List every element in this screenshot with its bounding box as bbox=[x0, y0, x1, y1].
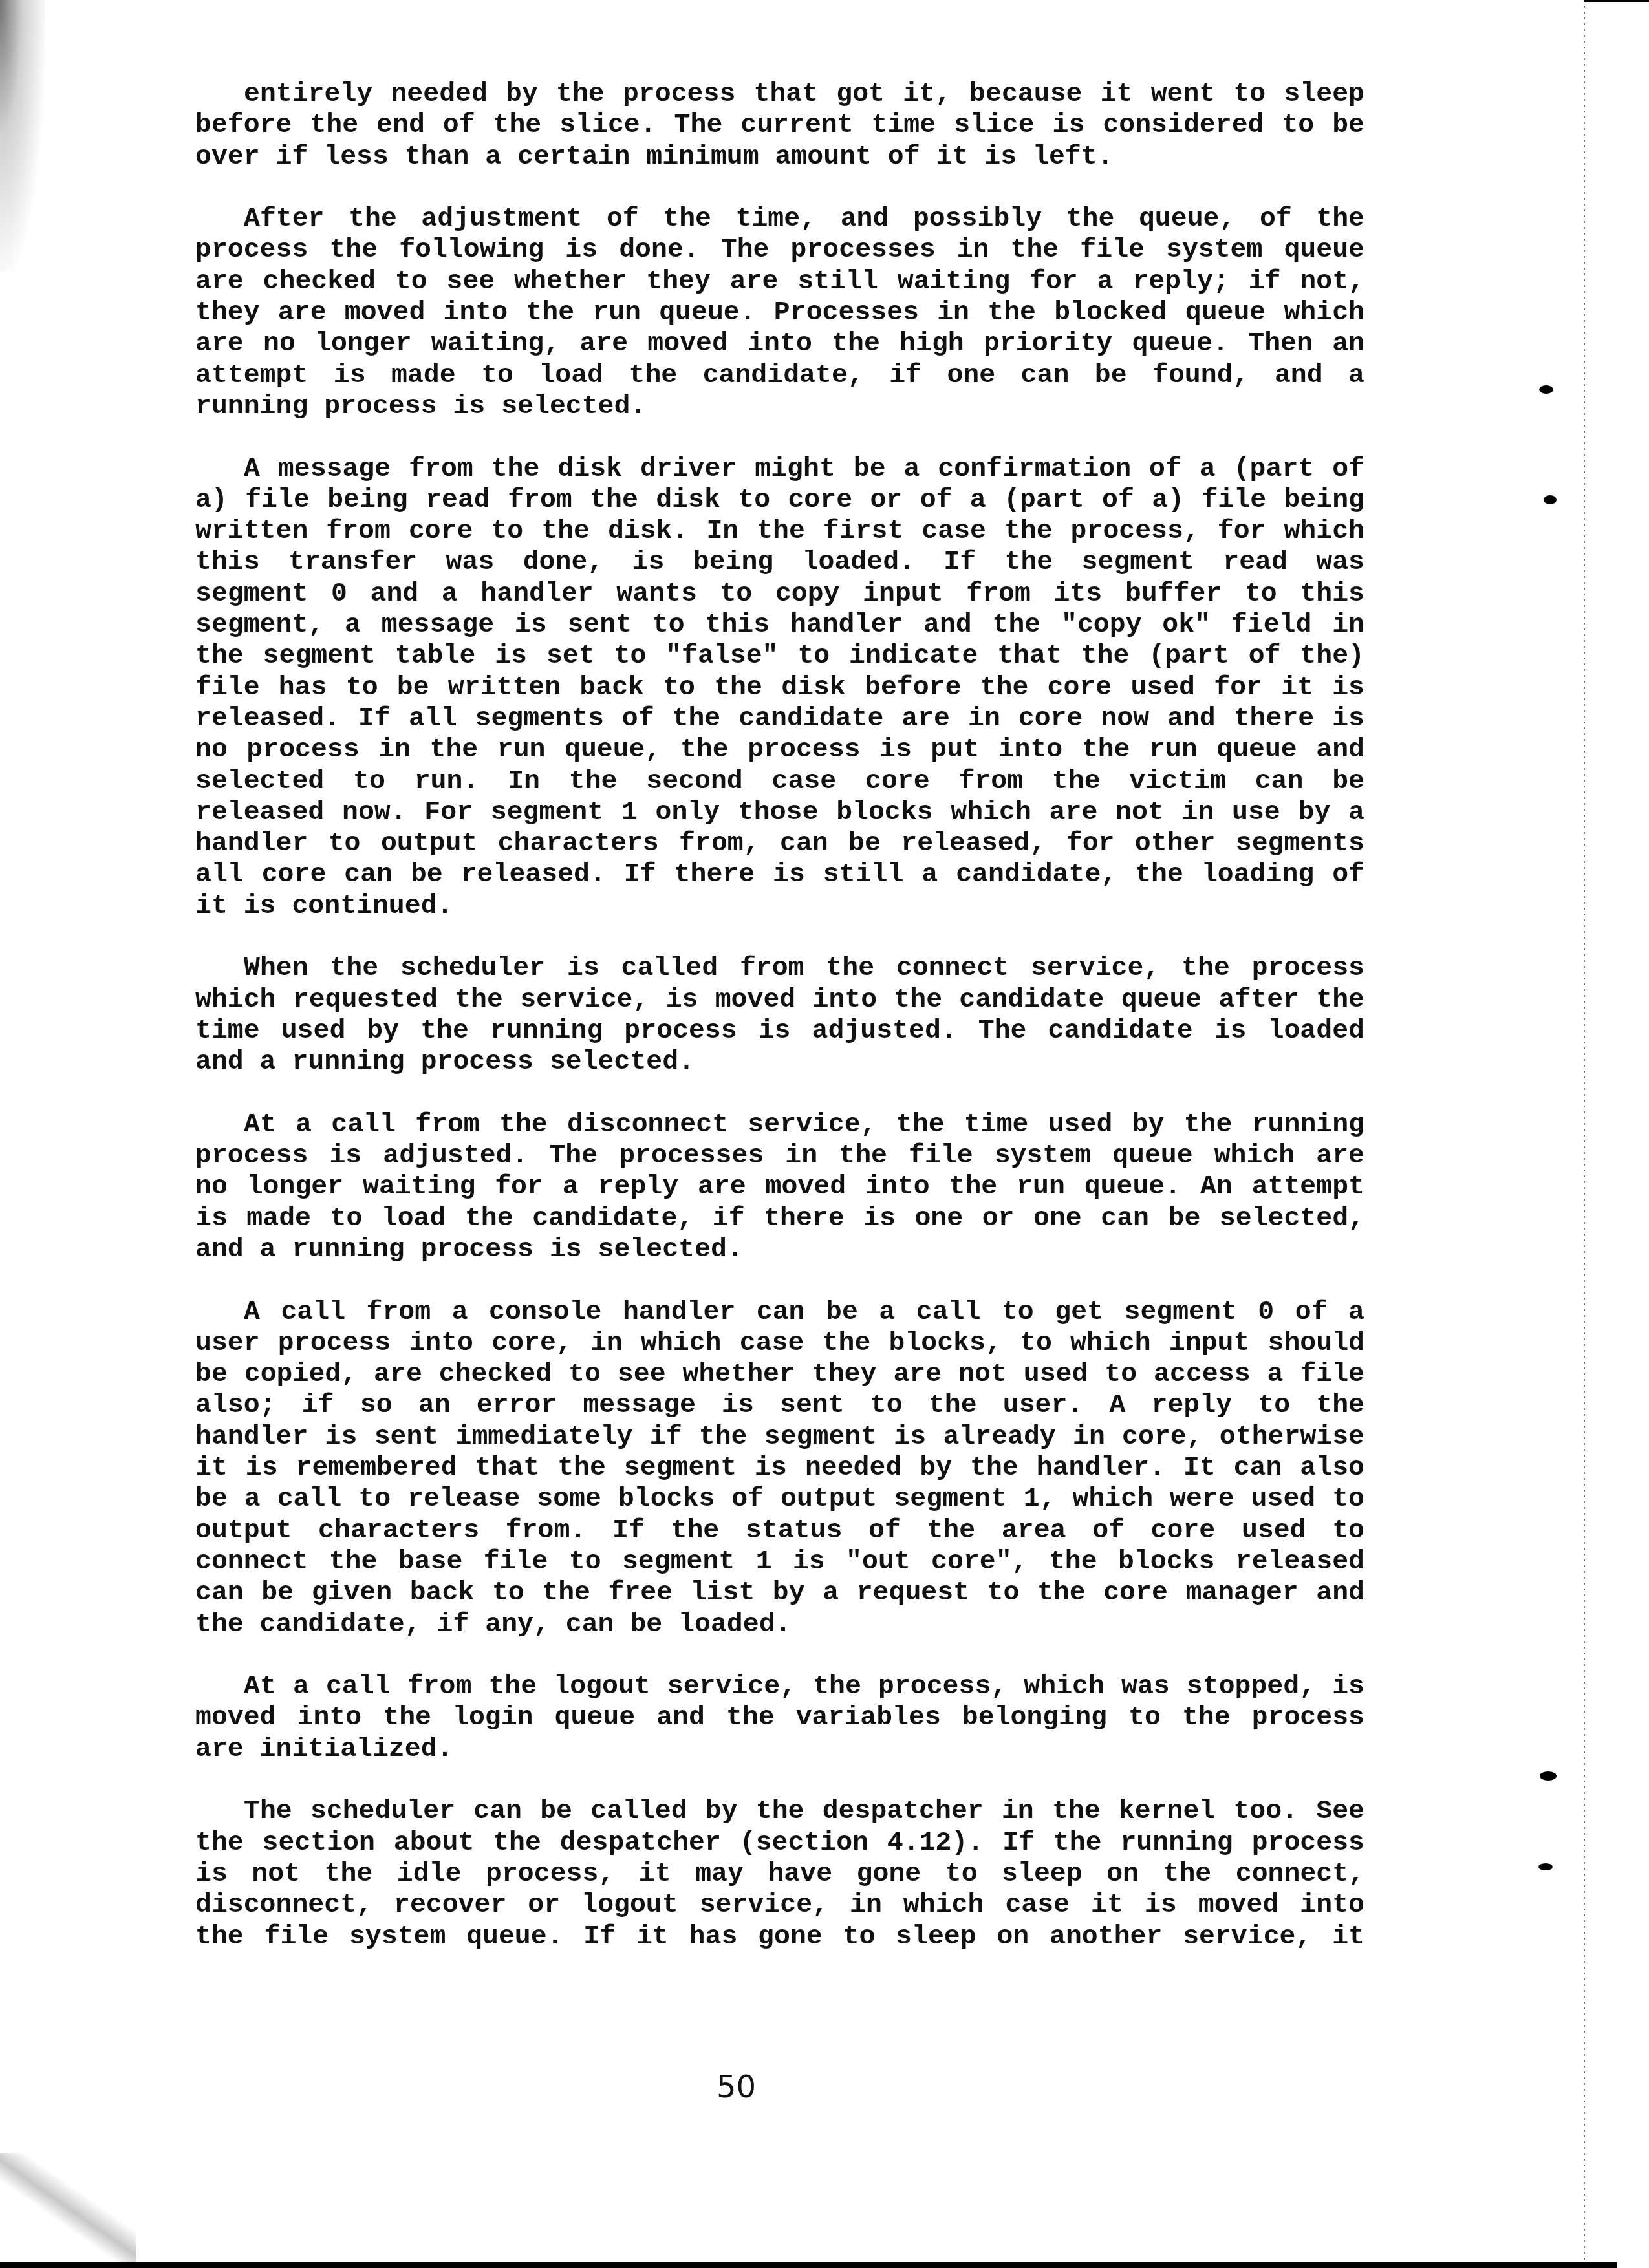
text-line: The scheduler can be called by the despa… bbox=[195, 1796, 1364, 1827]
page-number: 50 bbox=[717, 2069, 756, 2105]
text-line: the candidate, if any, can be loaded. bbox=[195, 1609, 1364, 1640]
document-body: entirely needed by the process that got … bbox=[195, 79, 1364, 1984]
scan-speck bbox=[1540, 1771, 1557, 1781]
text-line: is made to load the candidate, if there … bbox=[195, 1203, 1364, 1234]
paragraph: At a call from the disconnect service, t… bbox=[195, 1109, 1364, 1265]
text-line: written from core to the disk. In the fi… bbox=[195, 516, 1364, 547]
text-line: attempt is made to load the candidate, i… bbox=[195, 360, 1364, 391]
paragraph: A call from a console handler can be a c… bbox=[195, 1297, 1364, 1640]
text-line: they are moved into the run queue. Proce… bbox=[195, 297, 1364, 328]
text-line: user process into core, in which case th… bbox=[195, 1328, 1364, 1359]
text-line: time used by the running process is adju… bbox=[195, 1016, 1364, 1047]
text-line: all core can be released. If there is st… bbox=[195, 859, 1364, 890]
text-line: segment, a message is sent to this handl… bbox=[195, 610, 1364, 641]
text-line: process is adjusted. The processes in th… bbox=[195, 1140, 1364, 1171]
text-line: be copied, are checked to see whether th… bbox=[195, 1359, 1364, 1390]
text-line: it is continued. bbox=[195, 891, 1364, 922]
text-line: over if less than a certain minimum amou… bbox=[195, 142, 1364, 173]
text-line: are checked to see whether they are stil… bbox=[195, 266, 1364, 297]
text-line: released now. For segment 1 only those b… bbox=[195, 797, 1364, 828]
text-line: output characters from. If the status of… bbox=[195, 1515, 1364, 1546]
paragraph: A message from the disk driver might be … bbox=[195, 454, 1364, 922]
text-line: be a call to release some blocks of outp… bbox=[195, 1484, 1364, 1515]
text-line: selected to run. In the second case core… bbox=[195, 766, 1364, 797]
text-line: it is remembered that the segment is nee… bbox=[195, 1453, 1364, 1484]
text-line: entirely needed by the process that got … bbox=[195, 79, 1364, 110]
paragraph: entirely needed by the process that got … bbox=[195, 79, 1364, 173]
text-line: the section about the despatcher (sectio… bbox=[195, 1828, 1364, 1859]
scan-artifact-page-edge bbox=[1584, 0, 1585, 2263]
text-line: file has to be written back to the disk … bbox=[195, 672, 1364, 703]
text-line: disconnect, recover or logout service, i… bbox=[195, 1890, 1364, 1921]
text-line: also; if so an error message is sent to … bbox=[195, 1390, 1364, 1421]
text-line: can be given back to the free list by a … bbox=[195, 1578, 1364, 1609]
paragraph: The scheduler can be called by the despa… bbox=[195, 1796, 1364, 1952]
paragraph: After the adjustment of the time, and po… bbox=[195, 204, 1364, 422]
text-line: handler is sent immediately if the segme… bbox=[195, 1422, 1364, 1453]
text-line: running process is selected. bbox=[195, 391, 1364, 422]
text-line: the segment table is set to "false" to i… bbox=[195, 641, 1364, 672]
paragraph: When the scheduler is called from the co… bbox=[195, 953, 1364, 1078]
text-line: and a running process is selected. bbox=[195, 1234, 1364, 1265]
scan-artifact-top-left bbox=[0, 0, 45, 272]
text-line: which requested the service, is moved in… bbox=[195, 985, 1364, 1016]
scan-artifact-bottom-edge bbox=[0, 2262, 1617, 2268]
text-line: connect the base file to segment 1 is "o… bbox=[195, 1546, 1364, 1578]
scan-artifact-top-edge bbox=[1584, 0, 1649, 2]
text-line: before the end of the slice. The current… bbox=[195, 110, 1364, 141]
text-line: A message from the disk driver might be … bbox=[195, 454, 1364, 485]
text-line: When the scheduler is called from the co… bbox=[195, 953, 1364, 984]
text-line: At a call from the logout service, the p… bbox=[195, 1671, 1364, 1702]
text-line: segment 0 and a handler wants to copy in… bbox=[195, 579, 1364, 610]
text-line: are initialized. bbox=[195, 1734, 1364, 1765]
text-line: released. If all segments of the candida… bbox=[195, 703, 1364, 734]
text-line: At a call from the disconnect service, t… bbox=[195, 1109, 1364, 1140]
text-line: moved into the login queue and the varia… bbox=[195, 1702, 1364, 1733]
scan-speck bbox=[1544, 495, 1557, 504]
text-line: no longer waiting for a reply are moved … bbox=[195, 1171, 1364, 1203]
text-line: are no longer waiting, are moved into th… bbox=[195, 328, 1364, 359]
scan-artifact-bottom-left bbox=[0, 2153, 136, 2263]
scan-speck bbox=[1539, 385, 1553, 394]
text-line: the file system queue. If it has gone to… bbox=[195, 1921, 1364, 1952]
text-line: process the following is done. The proce… bbox=[195, 235, 1364, 266]
text-line: handler to output characters from, can b… bbox=[195, 828, 1364, 859]
text-line: this transfer was done, is being loaded.… bbox=[195, 547, 1364, 578]
scan-speck bbox=[1538, 1863, 1553, 1870]
text-line: is not the idle process, it may have gon… bbox=[195, 1859, 1364, 1890]
text-line: no process in the run queue, the process… bbox=[195, 734, 1364, 765]
text-line: and a running process selected. bbox=[195, 1047, 1364, 1078]
text-line: a) file being read from the disk to core… bbox=[195, 485, 1364, 516]
text-line: A call from a console handler can be a c… bbox=[195, 1297, 1364, 1328]
paragraph: At a call from the logout service, the p… bbox=[195, 1671, 1364, 1765]
text-line: After the adjustment of the time, and po… bbox=[195, 204, 1364, 235]
